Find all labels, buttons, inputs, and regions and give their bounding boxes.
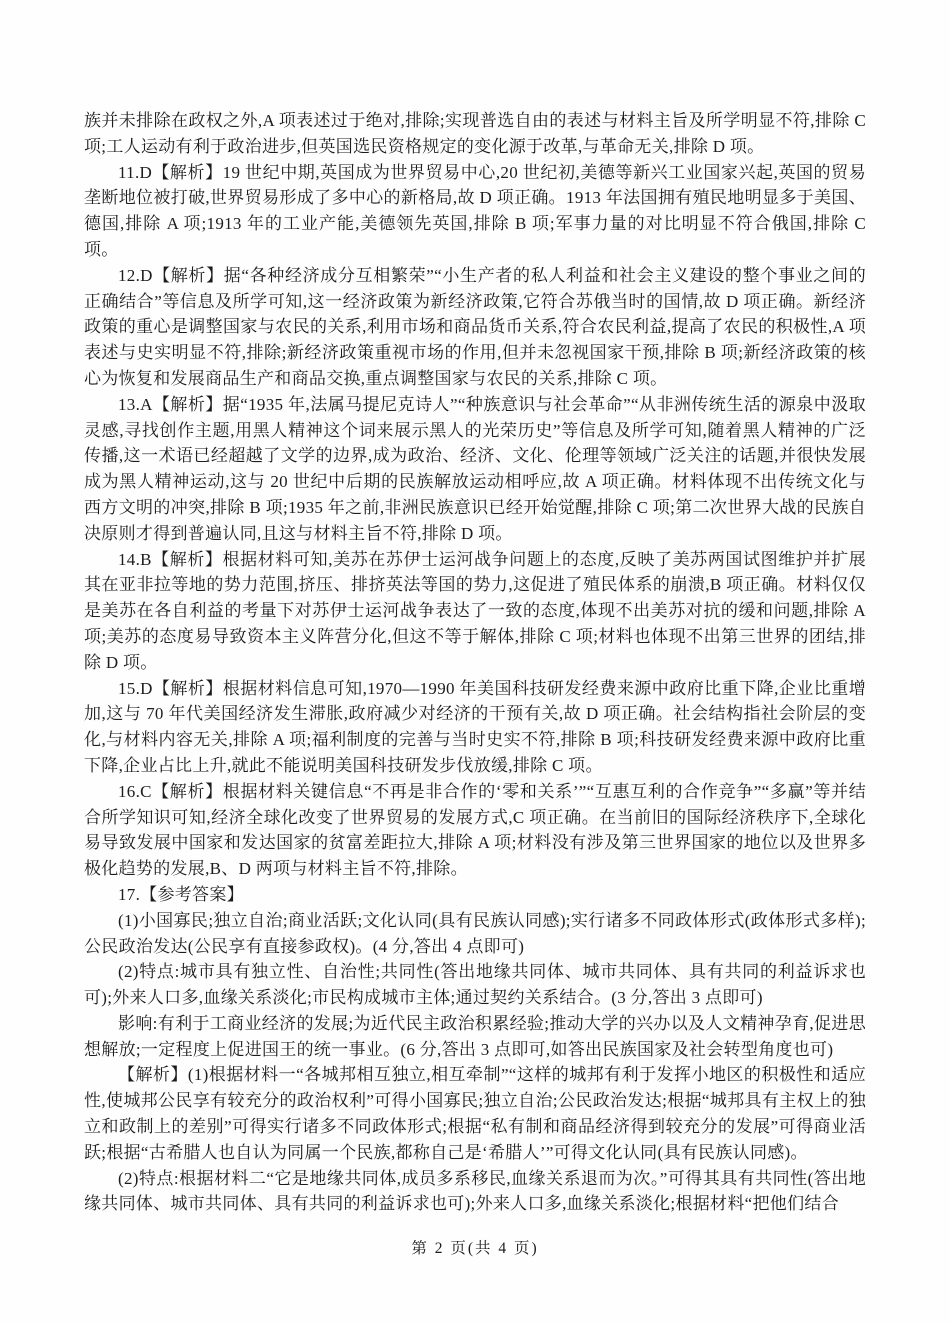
paragraph-answer-17-part2-features: (2)特点:城市具有独立性、自治性;共同性(答出地缘共同体、城市共同体、具有共同… — [84, 959, 866, 1011]
paragraph-explanation-15: 15.D【解析】根据材料信息可知,1970—1990 年美国科技研发经费来源中政… — [84, 676, 866, 779]
paragraph-answer-17-header: 17.【参考答案】 — [84, 882, 866, 908]
paragraph-answer-17-part2-impact: 影响:有利于工商业经济的发展;为近代民主政治积累经验;推动大学的兴办以及人文精神… — [84, 1011, 866, 1063]
paragraph-explanation-17-part2: (2)特点:根据材料二“它是地缘共同体,成员多系移民,血缘关系退而为次。”可得其… — [84, 1166, 866, 1218]
paragraph-explanation-12: 12.D【解析】据“各种经济成分互相繁荣”“小生产者的私人利益和社会主义建设的整… — [84, 263, 866, 392]
paragraph-explanation-17-part1: 【解析】(1)根据材料一“各城邦相互独立,相互牵制”“这样的城邦有利于发挥小地区… — [84, 1062, 866, 1165]
paragraph-explanation-16: 16.C【解析】根据材料关键信息“不再是非合作的‘零和关系’”“互惠互利的合作竞… — [84, 779, 866, 882]
paragraph-answer-17-part1: (1)小国寡民;独立自治;商业活跃;文化认同(具有民族认同感);实行诸多不同政体… — [84, 908, 866, 960]
paragraph-continuation-answer-10: 族并未排除在政权之外,A 项表述过于绝对,排除;实现普选自由的表述与材料主旨及所… — [84, 108, 866, 160]
answer-key-content: 族并未排除在政权之外,A 项表述过于绝对,排除;实现普选自由的表述与材料主旨及所… — [84, 108, 866, 1217]
paragraph-explanation-14: 14.B【解析】根据材料可知,美苏在苏伊士运河战争问题上的态度,反映了美苏两国试… — [84, 547, 866, 676]
paragraph-explanation-13: 13.A【解析】据“1935 年,法属马提尼克诗人”“种族意识与社会革命”“从非… — [84, 392, 866, 547]
page-footer: 第 2 页(共 4 页) — [0, 1236, 950, 1258]
document-page: 族并未排除在政权之外,A 项表述过于绝对,排除;实现普选自由的表述与材料主旨及所… — [0, 0, 950, 1324]
paragraph-explanation-11: 11.D【解析】19 世纪中期,英国成为世界贸易中心,20 世纪初,美德等新兴工… — [84, 160, 866, 263]
